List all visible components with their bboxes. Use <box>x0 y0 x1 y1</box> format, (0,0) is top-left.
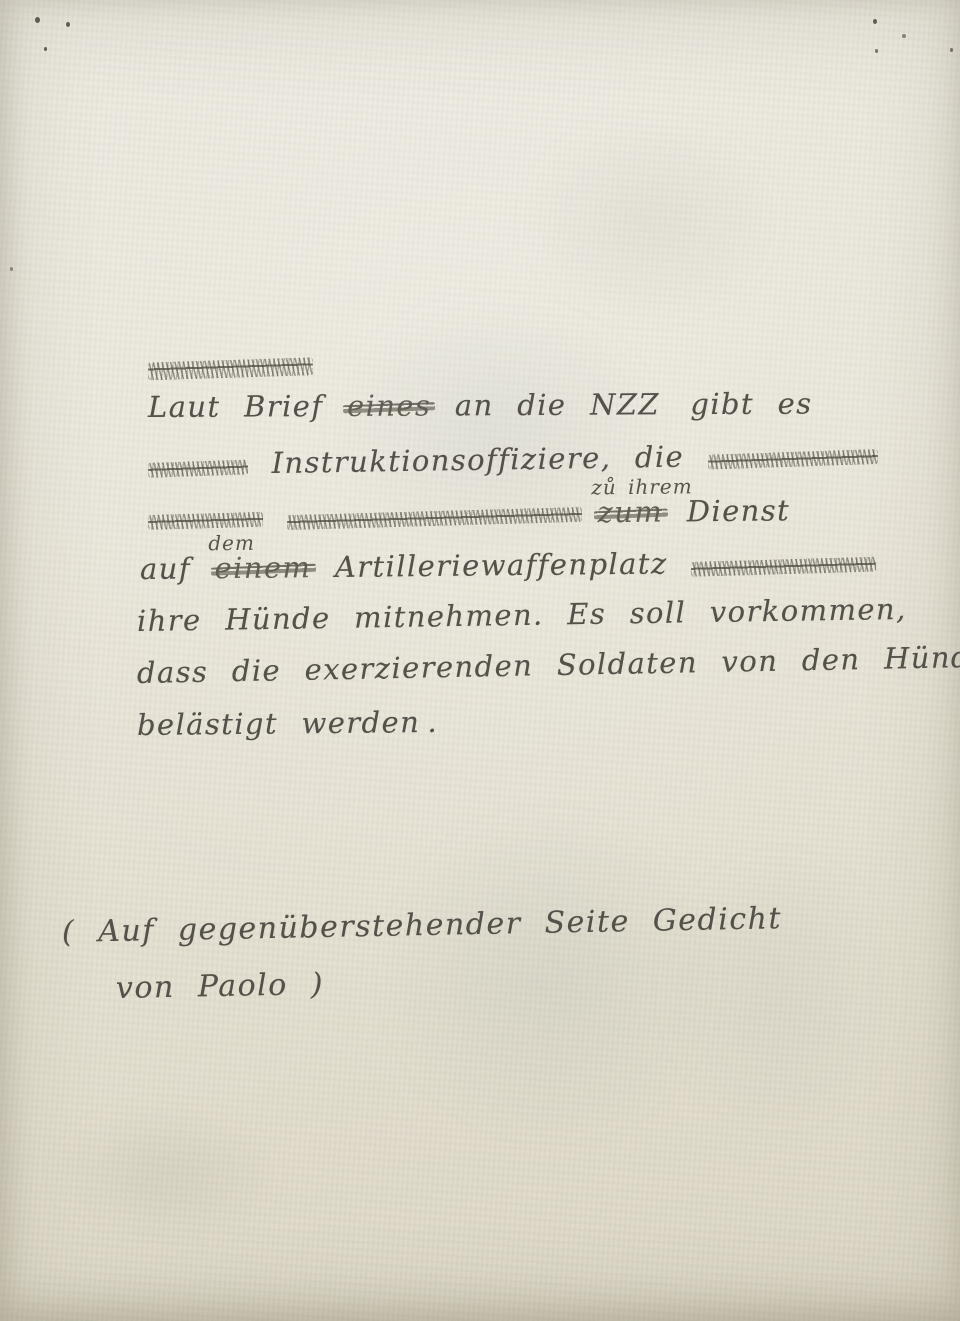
manuscript-line: ihre Hünde mitnehmen. Es soll vorkommen… <box>137 592 960 637</box>
manuscript-line: auf einemdem Artilleriewaffenplatz <box>140 545 960 585</box>
text-run: belästigt werden . <box>137 705 438 742</box>
paper-stain <box>55 1110 275 1240</box>
manuscript-block-note: ( Auf gegenüberstehender Seite Gedichtv… <box>62 916 782 1028</box>
paper-speck <box>66 22 70 27</box>
paper-speck <box>44 47 47 51</box>
text-run: an die NZZ gibt es <box>431 387 812 423</box>
text-run: auf <box>140 551 215 586</box>
paper-speck <box>873 19 877 24</box>
struck-word-text: eines <box>347 391 431 422</box>
manuscript-line: ( Auf gegenüberstehender Seite Gedicht <box>62 902 783 950</box>
manuscript-line: Instruktionsoffiziere, die <box>148 436 960 481</box>
paper-speck <box>875 49 878 53</box>
struck-word: zumzů ihrem <box>597 497 663 529</box>
paper-speck <box>35 17 40 23</box>
inserted-correction: zů ihrem <box>591 471 693 503</box>
text-run: Laut Brief <box>148 389 347 424</box>
crossed-out-scribble <box>708 449 878 470</box>
text-run: von Paolo ) <box>116 967 325 1006</box>
manuscript-line <box>148 340 960 383</box>
text-run <box>263 499 287 533</box>
crossed-out-scribble <box>286 507 581 530</box>
manuscript-line: dass die exerzierenden Soldaten von den … <box>137 641 960 689</box>
struck-word: eines <box>347 391 431 422</box>
text-run: ihre Hünde mitnehmen. Es soll vorkommen… <box>137 592 907 638</box>
paper-stain <box>520 120 780 320</box>
text-run: dass die exerzierenden Soldaten von den … <box>137 639 960 690</box>
crossed-out-scribble <box>148 357 313 380</box>
paper-speck <box>10 267 13 271</box>
manuscript-line: belästigt werden . <box>137 701 960 741</box>
paper-speck <box>902 34 906 38</box>
manuscript-line: zumzů ihrem Dienst <box>148 493 960 533</box>
manuscript-line: Laut Brief eines an die NZZ gibt es <box>148 387 960 423</box>
text-run: ( Auf gegenüberstehender Seite Gedicht <box>62 901 783 950</box>
inserted-correction: dem <box>208 528 255 559</box>
manuscript-page: Laut Brief eines an die NZZ gibt es Inst… <box>0 0 960 1321</box>
manuscript-block-draft: Laut Brief eines an die NZZ gibt es Inst… <box>148 352 960 762</box>
paper-speck <box>950 48 953 52</box>
manuscript-line: von Paolo ) <box>116 959 783 1006</box>
crossed-out-scribble <box>148 460 248 478</box>
crossed-out-scribble <box>691 557 876 577</box>
text-run: Artilleriewaffenplatz <box>311 546 691 584</box>
struck-word: einemdem <box>214 552 311 584</box>
